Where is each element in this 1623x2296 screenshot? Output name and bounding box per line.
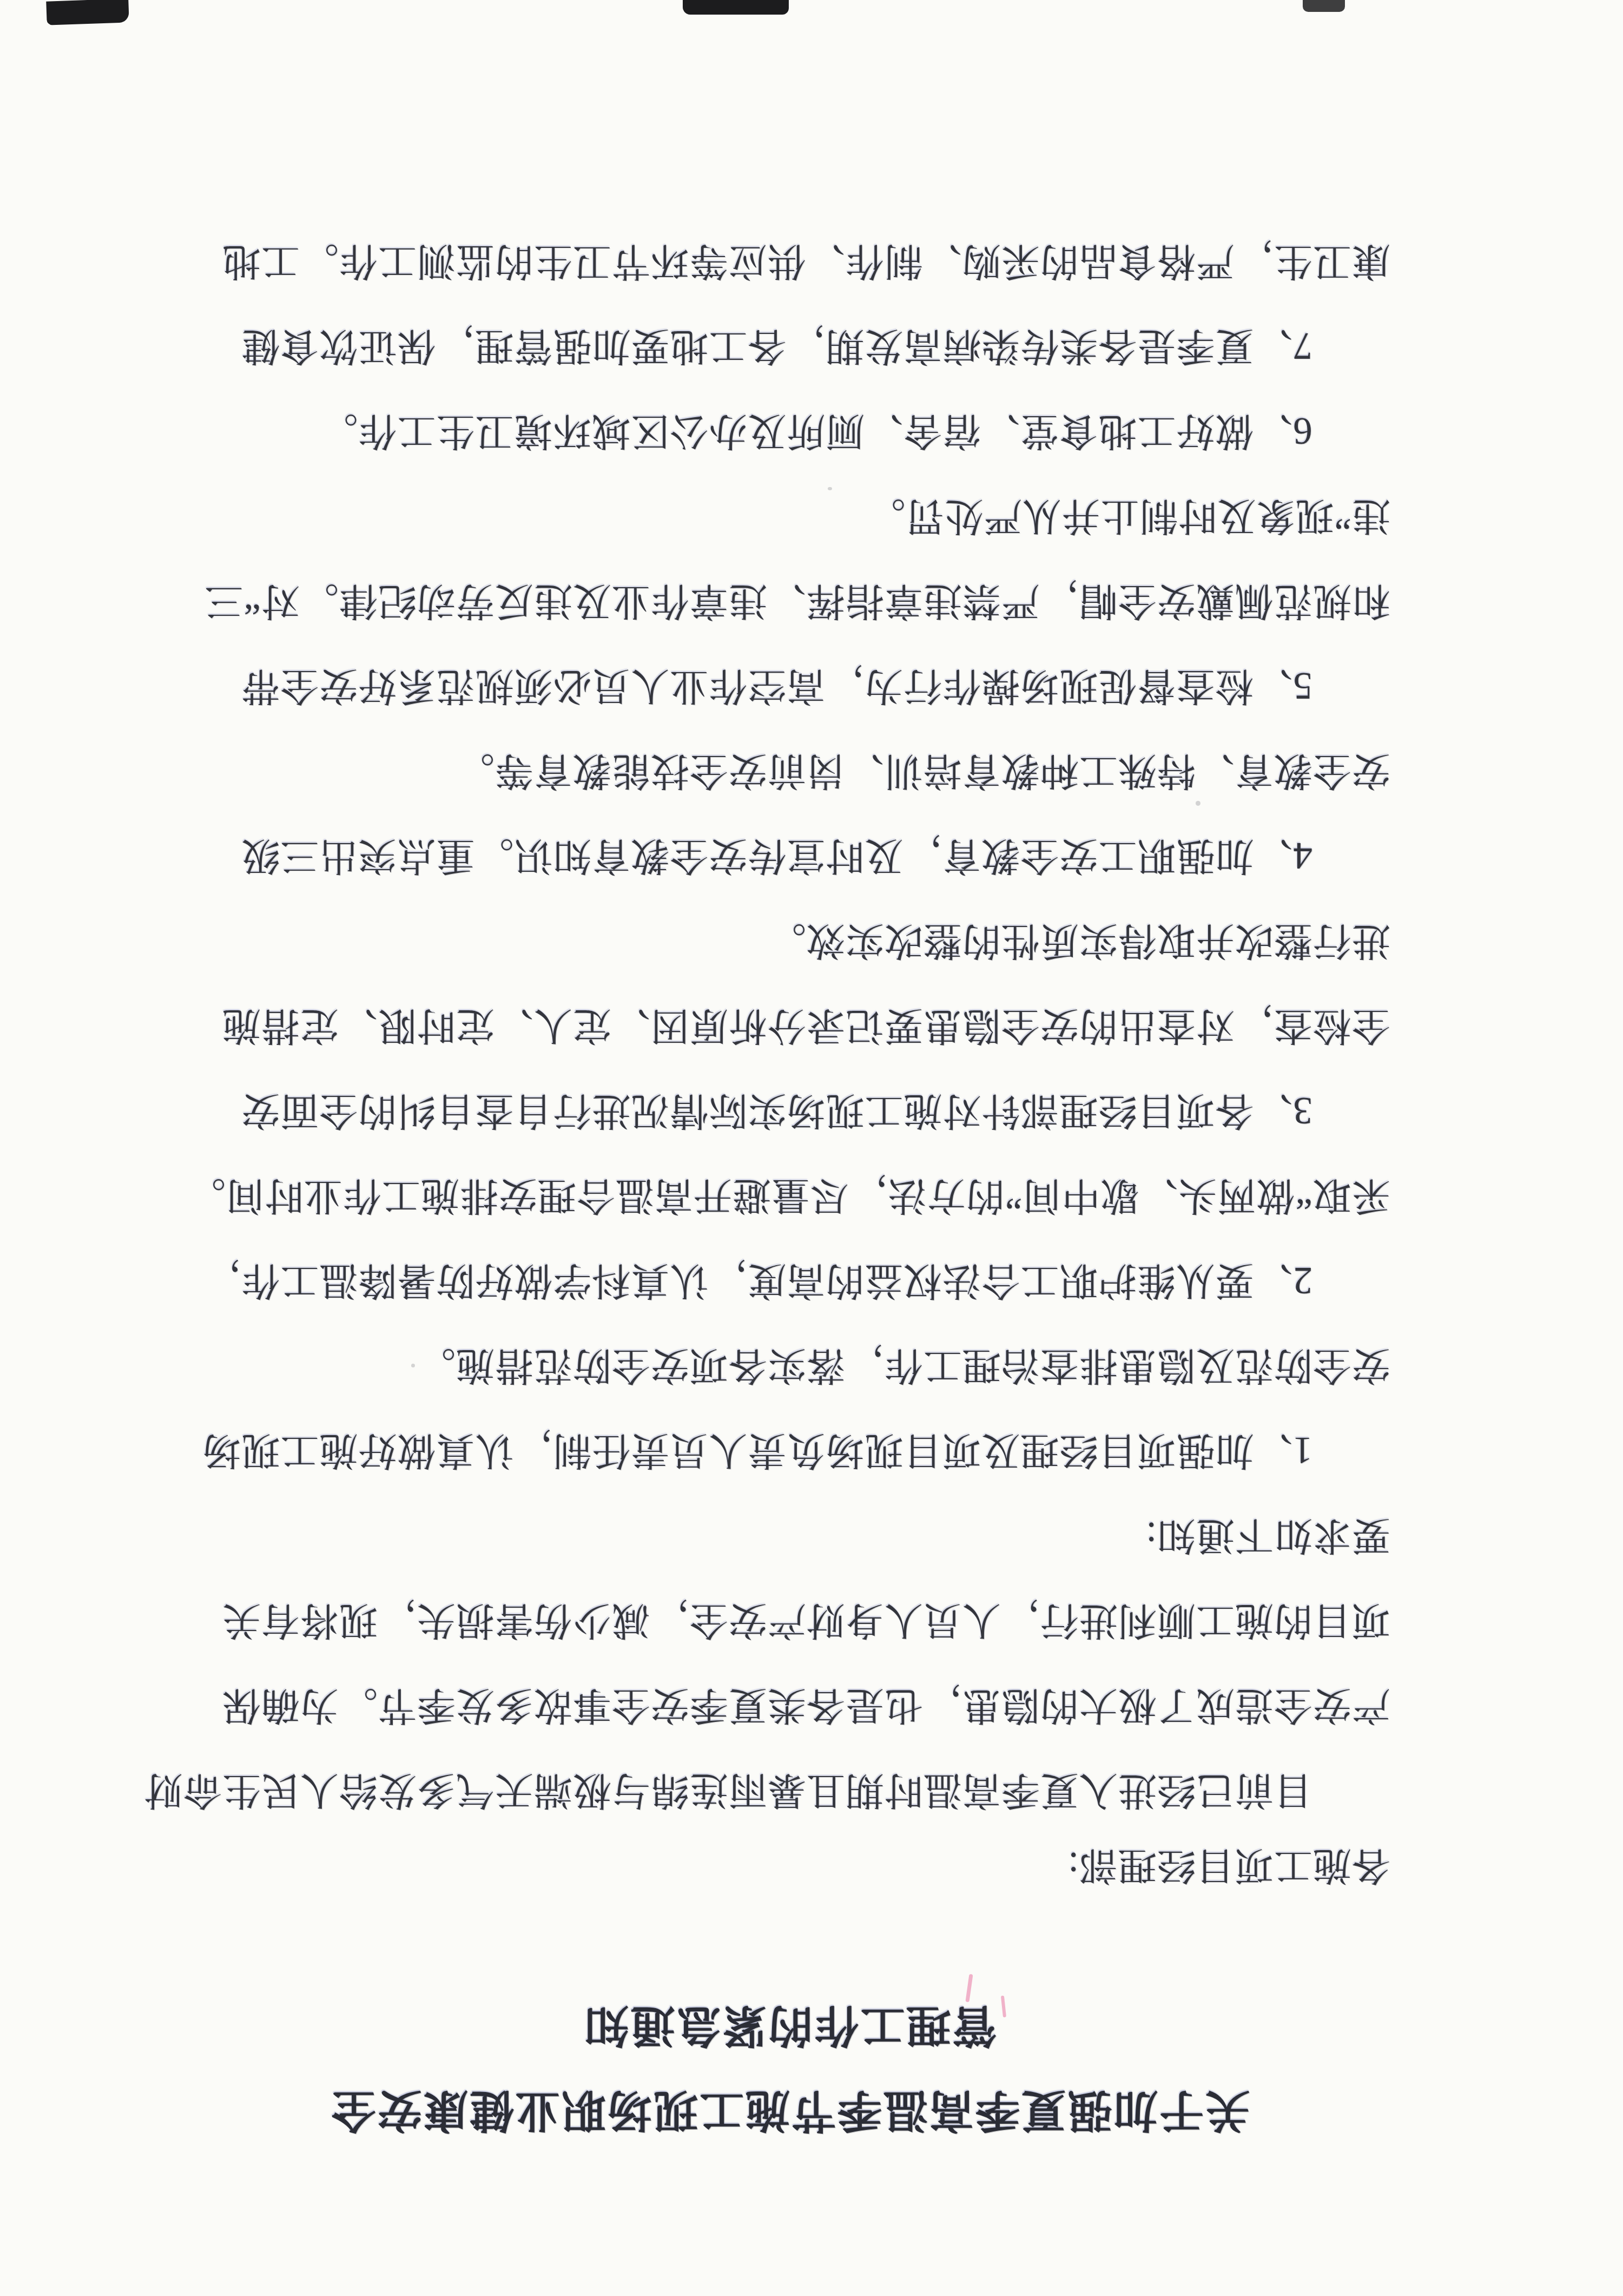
notice-title-line1: 关于加强夏季高温季节施工现场职业健康安全 (189, 2080, 1390, 2296)
document-line: 项目的施工顺利进行，人员人身财产安全，减少伤害损失，现将有关 (189, 1577, 1390, 1662)
document-line: 安全教育、特殊工种教育培训、岗前安全技能教育等。 (189, 728, 1390, 813)
document-line: 2、要从维护职工合法权益的高度，认真科学做好防暑降温工作， (189, 1238, 1390, 1323)
document-line: 1、加强项目经理及项目现场负责人员责任制，认真做好施工现场 (189, 1407, 1390, 1492)
scan-speck (828, 487, 832, 490)
scan-edge-mark (46, 0, 129, 25)
document-line: 采取“做两头、歇中间”的方法，尽量避开高温合理安排施工作业时间。 (189, 1153, 1390, 1238)
document-line: 违”现象及时制止并从严处罚。 (189, 473, 1390, 558)
document-line: 目前已经进入夏季高温时期且暴雨连绵与极端天气多发给人民生命财 (189, 1747, 1390, 1832)
scan-edge-mark (683, 0, 789, 15)
salutation-line: 各施工项目经理部: (189, 1832, 1390, 1898)
document-line: 4、加强职工安全教育，及时宣传安全教育知识。重点突出三级 (189, 813, 1390, 898)
document-line: 康卫生，严格食品的采购、制作、供应等环节卫生的监测工作。工地 (189, 218, 1390, 303)
scan-edge-mark (1303, 0, 1345, 12)
upside-down-scanned-page: 关于加强夏季高温季节施工现场职业健康安全 管理工作的紧急通知 各施工项目经理部:… (0, 0, 1623, 2296)
document-line: 要求如下通知: (189, 1492, 1390, 1577)
document-line: 7、夏季是各类传染病高发期，各工地要加强管理，保证饮食健 (189, 303, 1390, 388)
document-line: 产安全造成了极大的隐患，也是各类夏季安全事故多发季节。为确保 (189, 1662, 1390, 1747)
document-line: 6、做好工地食堂、宿舍、厕所及办公区域环境卫生工作。 (189, 388, 1390, 473)
document-line: 5、检查督促现场操作行为，高空作业人员必须规范系好安全带 (189, 643, 1390, 728)
document-line: 和规范佩戴安全帽，严禁违章指挥、违章作业及违反劳动纪律。对“三 (189, 558, 1390, 643)
notice-document: 关于加强夏季高温季节施工现场职业健康安全 管理工作的紧急通知 各施工项目经理部:… (189, 218, 1390, 2296)
document-line: 安全防范及隐患排查治理工作，落实各项安全防范措施。 (189, 1323, 1390, 1407)
notice-body: 目前已经进入夏季高温时期且暴雨连绵与极端天气多发给人民生命财产安全造成了极大的隐… (189, 218, 1390, 1832)
document-line: 进行整改并取得实质性的整改实效。 (189, 898, 1390, 983)
notice-title-line2: 管理工作的紧急通知 (189, 1995, 1390, 2055)
scan-speck (411, 1364, 415, 1367)
document-line: 全检查，对查出的安全隐患要记录分析原因、定人、定时限、定措施 (189, 983, 1390, 1068)
document-line: 3、各项目经理部针对施工现场实际情况进行自查自纠的全面安 (189, 1068, 1390, 1153)
scan-speck (1196, 801, 1200, 806)
